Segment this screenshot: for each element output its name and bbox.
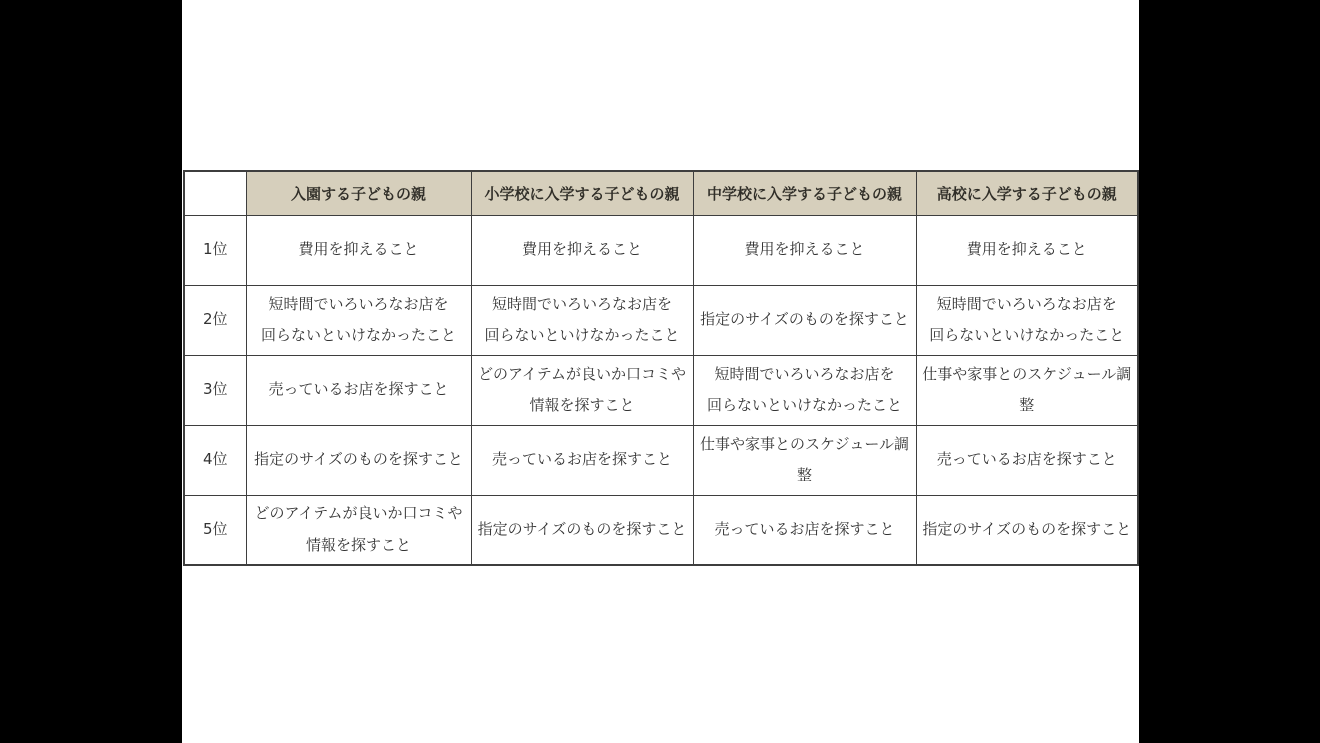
data-cell: 費用を抑えること [916, 215, 1138, 285]
data-cell: 費用を抑えること [693, 215, 916, 285]
column-header-kindergarten: 入園する子どもの親 [246, 171, 471, 215]
data-cell: 指定のサイズのものを探すこと [471, 495, 693, 565]
column-header-elementary: 小学校に入学する子どもの親 [471, 171, 693, 215]
data-cell: 短時間でいろいろなお店を 回らないといけなかったこと [693, 355, 916, 425]
letterbox-right [1139, 0, 1320, 743]
rank-cell: 5位 [184, 495, 246, 565]
data-cell: どのアイテムが良いか口コミや 情報を探すこと [246, 495, 471, 565]
ranking-table: 入園する子どもの親 小学校に入学する子どもの親 中学校に入学する子どもの親 高校… [183, 170, 1139, 566]
table-row-rank2: 2位 短時間でいろいろなお店を 回らないといけなかったこと 短時間でいろいろなお… [184, 285, 1138, 355]
data-cell: 仕事や家事とのスケジュール調整 [693, 425, 916, 495]
rank-cell: 1位 [184, 215, 246, 285]
data-cell: 指定のサイズのものを探すこと [246, 425, 471, 495]
rank-cell: 4位 [184, 425, 246, 495]
data-cell: 仕事や家事とのスケジュール調整 [916, 355, 1138, 425]
data-cell: 短時間でいろいろなお店を 回らないといけなかったこと [916, 285, 1138, 355]
data-cell: 売っているお店を探すこと [471, 425, 693, 495]
page-canvas: 入園する子どもの親 小学校に入学する子どもの親 中学校に入学する子どもの親 高校… [182, 0, 1139, 743]
data-cell: 指定のサイズのものを探すこと [916, 495, 1138, 565]
corner-cell [184, 171, 246, 215]
table-row-rank4: 4位 指定のサイズのものを探すこと 売っているお店を探すこと 仕事や家事とのスケ… [184, 425, 1138, 495]
data-cell: 費用を抑えること [246, 215, 471, 285]
table-row-rank1: 1位 費用を抑えること 費用を抑えること 費用を抑えること 費用を抑えること [184, 215, 1138, 285]
data-cell: 短時間でいろいろなお店を 回らないといけなかったこと [246, 285, 471, 355]
data-cell: 指定のサイズのものを探すこと [693, 285, 916, 355]
data-cell: どのアイテムが良いか口コミや 情報を探すこと [471, 355, 693, 425]
rank-cell: 3位 [184, 355, 246, 425]
data-cell: 短時間でいろいろなお店を 回らないといけなかったこと [471, 285, 693, 355]
column-header-junior-high: 中学校に入学する子どもの親 [693, 171, 916, 215]
table-row-rank5: 5位 どのアイテムが良いか口コミや 情報を探すこと 指定のサイズのものを探すこと… [184, 495, 1138, 565]
table-row-rank3: 3位 売っているお店を探すこと どのアイテムが良いか口コミや 情報を探すこと 短… [184, 355, 1138, 425]
header-row: 入園する子どもの親 小学校に入学する子どもの親 中学校に入学する子どもの親 高校… [184, 171, 1138, 215]
column-header-high-school: 高校に入学する子どもの親 [916, 171, 1138, 215]
data-cell: 売っているお店を探すこと [246, 355, 471, 425]
data-cell: 費用を抑えること [471, 215, 693, 285]
letterbox-left [0, 0, 182, 743]
data-cell: 売っているお店を探すこと [693, 495, 916, 565]
rank-cell: 2位 [184, 285, 246, 355]
data-cell: 売っているお店を探すこと [916, 425, 1138, 495]
